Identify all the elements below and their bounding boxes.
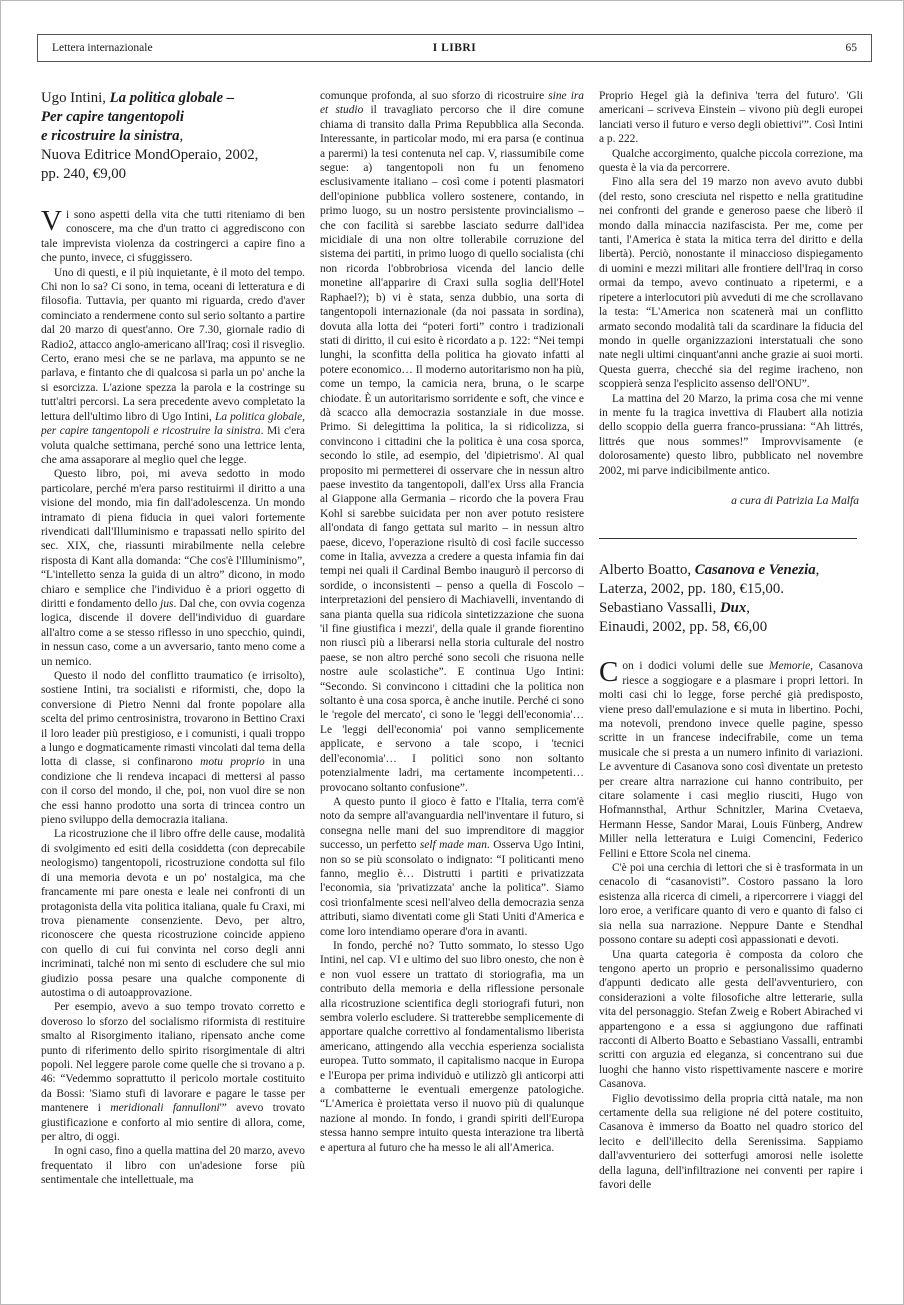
paragraph: La ricostruzione che il libro offre dell…: [41, 827, 305, 1000]
page-number: 65: [846, 42, 858, 54]
paragraph: Una quarta categoria è composta da color…: [599, 948, 863, 1092]
text-column-1: Ugo Intini, La politica globale –Per cap…: [41, 89, 305, 1259]
book-citation-line: Laterza, 2002, pp. 180, €15,00.: [599, 580, 863, 599]
drop-cap: V: [41, 208, 66, 234]
book-citation-line: pp. 240, €9,00: [41, 165, 305, 184]
text-column-3: Proprio Hegel già la definiva 'terra del…: [599, 89, 863, 1259]
text-column-2: comunque profonda, al suo sforzo di rico…: [320, 89, 584, 1259]
paragraph: comunque profonda, al suo sforzo di rico…: [320, 89, 584, 795]
paragraph: Con i dodici volumi delle sue Memorie, C…: [599, 659, 863, 861]
paragraph: Questo libro, poi, mi aveva sedotto in m…: [41, 467, 305, 669]
magazine-page: Lettera internazionale I LIBRI 65 Ugo In…: [0, 0, 904, 1305]
book-citation: Ugo Intini, La politica globale –Per cap…: [41, 89, 305, 184]
book-citation-line: Ugo Intini, La politica globale –: [41, 89, 305, 108]
paragraph: Proprio Hegel già la definiva 'terra del…: [599, 89, 863, 147]
book-citation-line: Einaudi, 2002, pp. 58, €6,00: [599, 618, 863, 637]
paragraph: Vi sono aspetti della vita che tutti rit…: [41, 208, 305, 266]
paragraph: Per esempio, avevo a suo tempo trovato c…: [41, 1000, 305, 1144]
paragraph: C'è poi una cerchia di lettori che si è …: [599, 861, 863, 947]
paragraph: Figlio devotissimo della propria città n…: [599, 1092, 863, 1193]
paragraph: Fino alla sera del 19 marzo non avevo av…: [599, 175, 863, 391]
book-citation-line: Nuova Editrice MondOperaio, 2002,: [41, 146, 305, 165]
text-columns: Ugo Intini, La politica globale –Per cap…: [41, 89, 863, 1259]
paragraph: Uno di questi, e il più inquietante, è i…: [41, 266, 305, 468]
paragraph: A questo punto il gioco è fatto e l'Ital…: [320, 795, 584, 939]
page-header: Lettera internazionale I LIBRI 65: [37, 34, 872, 62]
section-title: I LIBRI: [38, 42, 871, 54]
drop-cap: C: [599, 659, 622, 685]
paragraph: Qualche accorgimento, qualche piccola co…: [599, 147, 863, 176]
book-citation-line: Sebastiano Vassalli, Dux,: [599, 599, 863, 618]
book-citation-line: Alberto Boatto, Casanova e Venezia,: [599, 561, 863, 580]
book-citation-line: e ricostruire la sinistra,: [41, 127, 305, 146]
reviewer-byline: a cura di Patrizia La Malfa: [599, 494, 859, 508]
paragraph: Questo il nodo del conflitto traumatico …: [41, 669, 305, 827]
paragraph: In fondo, perché no? Tutto sommato, lo s…: [320, 939, 584, 1155]
book-citation-line: Per capire tangentopoli: [41, 108, 305, 127]
section-divider: [599, 538, 857, 539]
paragraph: In ogni caso, fino a quella mattina del …: [41, 1144, 305, 1187]
book-citation: Alberto Boatto, Casanova e Venezia,Later…: [599, 561, 863, 637]
paragraph: La mattina del 20 Marzo, la prima cosa c…: [599, 392, 863, 478]
